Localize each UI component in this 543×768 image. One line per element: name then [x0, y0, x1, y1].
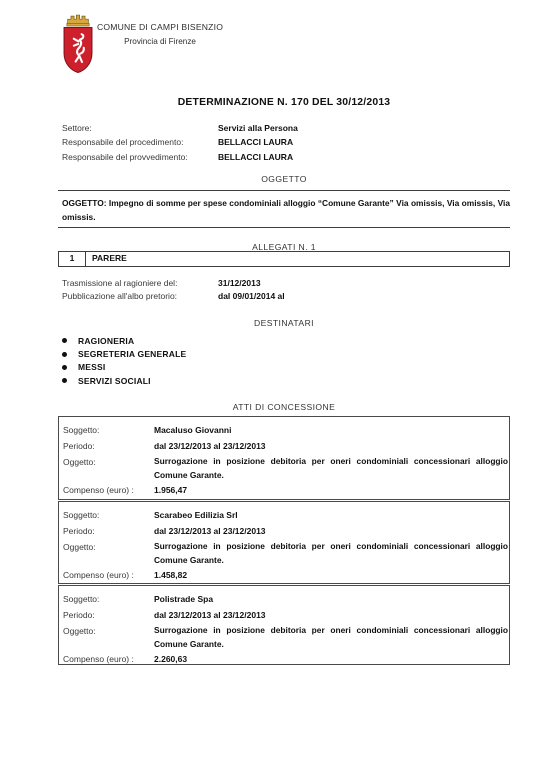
section-heading-destinatari: DESTINATARI: [58, 318, 510, 328]
atto-row-periodo: Periodo: dal 23/12/2013 al 23/12/2013: [63, 607, 509, 623]
registro-label: Trasmissione al ragioniere del:: [62, 277, 218, 290]
info-row-settore: Settore: Servizi alla Persona: [62, 121, 510, 135]
info-value: BELLACCI LAURA: [218, 150, 293, 164]
atto-label: Periodo:: [63, 523, 154, 539]
atto-compenso: 1.956,47: [154, 482, 187, 498]
allegati-table: 1 PARERE: [58, 251, 510, 267]
list-item: RAGIONERIA: [62, 334, 186, 347]
atto-label: Compenso (euro) :: [63, 567, 154, 583]
province-name: Provincia di Firenze: [97, 37, 223, 47]
atto-soggetto: Polistrade Spa: [154, 591, 213, 607]
atto-block: Soggetto: Scarabeo Edilizia Srl Periodo:…: [58, 501, 510, 584]
destinatari-list: RAGIONERIA SEGRETERIA GENERALE MESSI SER…: [62, 334, 186, 388]
coat-of-arms: [59, 13, 97, 80]
atto-label: Soggetto:: [63, 591, 154, 607]
horizontal-rule: [58, 190, 510, 191]
coat-of-arms-graphic: [59, 13, 97, 75]
atto-row-soggetto: Soggetto: Macaluso Giovanni: [63, 422, 509, 438]
allegato-name: PARERE: [86, 252, 127, 266]
atto-row-oggetto: Oggetto: Surrogazione in posizione debit…: [63, 454, 509, 482]
horizontal-rule: [58, 227, 510, 228]
atto-label: Compenso (euro) :: [63, 651, 154, 667]
atto-label: Oggetto:: [63, 454, 154, 482]
section-heading-oggetto: OGGETTO: [58, 174, 510, 184]
destinatario-label: MESSI: [78, 362, 105, 372]
atto-row-oggetto: Oggetto: Surrogazione in posizione debit…: [63, 539, 509, 567]
document-page: COMUNE DI CAMPI BISENZIO Provincia di Fi…: [0, 0, 543, 768]
destinatario-label: SERVIZI SOCIALI: [78, 376, 151, 386]
info-label: Responsabile del procedimento:: [62, 135, 218, 149]
commune-name: COMUNE DI CAMPI BISENZIO: [97, 22, 223, 32]
allegato-number: 1: [59, 252, 86, 266]
info-row-resp-provvedimento: Responsabile del provvedimento: BELLACCI…: [62, 150, 510, 164]
info-label: Responsabile del provvedimento:: [62, 150, 218, 164]
atto-row-compenso: Compenso (euro) : 1.956,47: [63, 482, 509, 498]
info-value: BELLACCI LAURA: [218, 135, 293, 149]
atto-soggetto: Scarabeo Edilizia Srl: [154, 507, 238, 523]
atto-row-soggetto: Soggetto: Scarabeo Edilizia Srl: [63, 507, 509, 523]
document-title: DETERMINAZIONE N. 170 DEL 30/12/2013: [58, 97, 510, 108]
atto-row-periodo: Periodo: dal 23/12/2013 al 23/12/2013: [63, 523, 509, 539]
atto-label: Oggetto:: [63, 539, 154, 567]
atto-block: Soggetto: Macaluso Giovanni Periodo: dal…: [58, 416, 510, 500]
bullet-icon: [62, 378, 67, 383]
bullet-icon: [62, 338, 67, 343]
atto-label: Oggetto:: [63, 623, 154, 651]
info-label: Settore:: [62, 121, 218, 135]
letterhead: COMUNE DI CAMPI BISENZIO Provincia di Fi…: [97, 22, 223, 47]
registro-row-trasmissione: Trasmissione al ragioniere del: 31/12/20…: [62, 277, 510, 290]
list-item: SERVIZI SOCIALI: [62, 374, 186, 387]
section-heading-atti: ATTI DI CONCESSIONE: [58, 402, 510, 412]
bullet-icon: [62, 352, 67, 357]
info-row-resp-procedimento: Responsabile del procedimento: BELLACCI …: [62, 135, 510, 149]
list-item: MESSI: [62, 361, 186, 374]
atto-compenso: 2.260,63: [154, 651, 187, 667]
atto-label: Compenso (euro) :: [63, 482, 154, 498]
atto-periodo: dal 23/12/2013 al 23/12/2013: [154, 438, 266, 454]
atto-row-oggetto: Oggetto: Surrogazione in posizione debit…: [63, 623, 509, 651]
atto-label: Periodo:: [63, 438, 154, 454]
atto-row-compenso: Compenso (euro) : 1.458,82: [63, 567, 509, 583]
atto-block: Soggetto: Polistrade Spa Periodo: dal 23…: [58, 585, 510, 665]
atto-row-periodo: Periodo: dal 23/12/2013 al 23/12/2013: [63, 438, 509, 454]
atto-periodo: dal 23/12/2013 al 23/12/2013: [154, 523, 266, 539]
atto-oggetto: Surrogazione in posizione debitoria per …: [154, 540, 508, 567]
atto-label: Periodo:: [63, 607, 154, 623]
atto-soggetto: Macaluso Giovanni: [154, 422, 231, 438]
atto-oggetto: Surrogazione in posizione debitoria per …: [154, 455, 508, 482]
registro-rows: Trasmissione al ragioniere del: 31/12/20…: [62, 277, 510, 304]
atto-compenso: 1.458,82: [154, 567, 187, 583]
bullet-icon: [62, 365, 67, 370]
atto-label: Soggetto:: [63, 422, 154, 438]
atto-periodo: dal 23/12/2013 al 23/12/2013: [154, 607, 266, 623]
info-rows: Settore: Servizi alla Persona Responsabi…: [62, 121, 510, 164]
atto-label: Soggetto:: [63, 507, 154, 523]
destinatario-label: RAGIONERIA: [78, 336, 134, 346]
crown-base: [67, 23, 89, 26]
atto-oggetto: Surrogazione in posizione debitoria per …: [154, 624, 508, 651]
registro-row-pubblicazione: Pubblicazione all'albo pretorio: dal 09/…: [62, 290, 510, 303]
registro-label: Pubblicazione all'albo pretorio:: [62, 290, 218, 303]
atto-row-compenso: Compenso (euro) : 2.260,63: [63, 651, 509, 667]
atto-row-soggetto: Soggetto: Polistrade Spa: [63, 591, 509, 607]
list-item: SEGRETERIA GENERALE: [62, 347, 186, 360]
registro-value: 31/12/2013: [218, 277, 261, 290]
oggetto-paragraph: OGGETTO: Impegno di somme per spese cond…: [62, 197, 510, 224]
registro-value: dal 09/01/2014 al: [218, 290, 285, 303]
info-value: Servizi alla Persona: [218, 121, 298, 135]
destinatario-label: SEGRETERIA GENERALE: [78, 349, 186, 359]
